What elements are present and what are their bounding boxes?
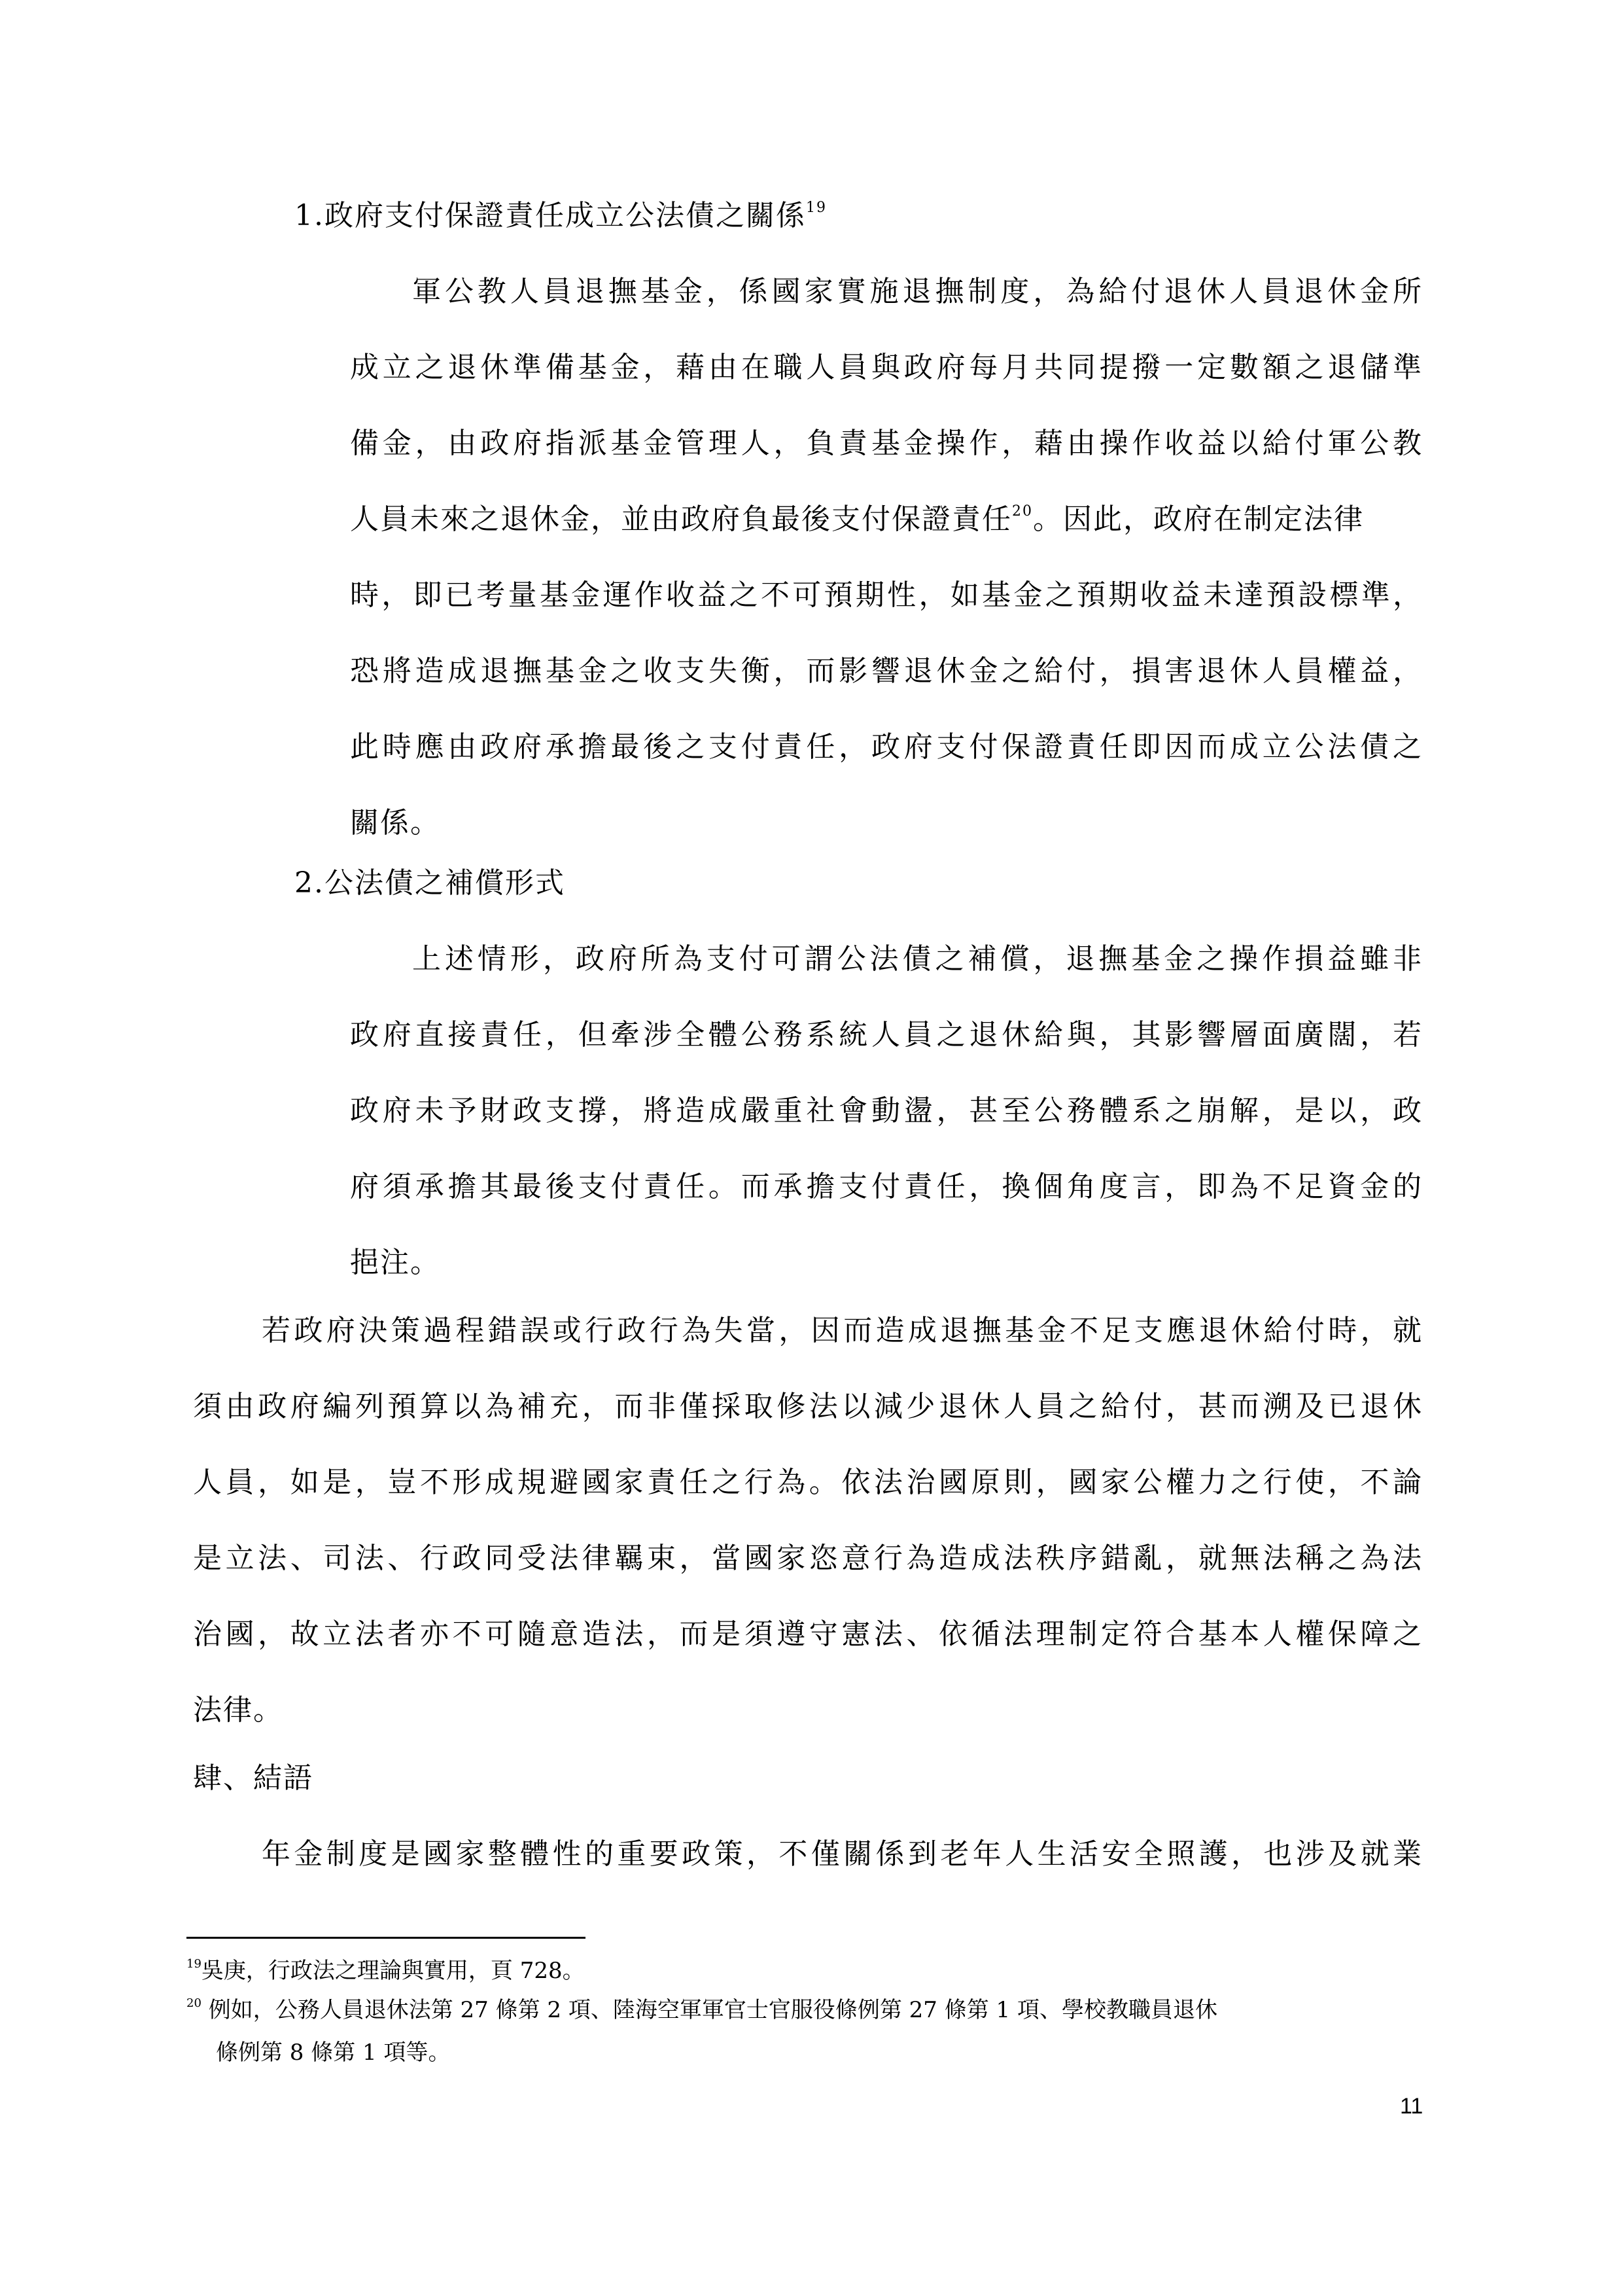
paragraph-line: 軍公教人員退撫基金，係國家實施退撫制度，為給付退休人員退休金所 <box>412 272 1423 311</box>
footnote-20: 20 例如，公務人員退休法第 27 條第 2 項、陸海空軍軍官士官服役條例第 2… <box>186 1996 1217 2024</box>
line-text: 。因此，政府在制定法律 <box>1033 503 1364 536</box>
paragraph-line: 法律。 <box>193 1691 283 1730</box>
paragraph-line: 上述情形，政府所為支付可謂公法債之補償，退撫基金之操作損益雖非 <box>412 940 1423 979</box>
page-number: 11 <box>1400 2094 1423 2119</box>
paragraph-line: 政府未予財政支撐，將造成嚴重社會動盪，甚至公務體系之崩解，是以，政 <box>350 1091 1423 1131</box>
section-heading-conclusion: 肆、結語 <box>193 1759 313 1798</box>
footnote-ref-20[interactable]: 20 <box>1012 503 1033 520</box>
paragraph-line: 備金，由政府指派基金管理人，負責基金操作，藉由操作收益以給付軍公教 <box>350 424 1423 463</box>
footnote-20-continuation: 條例第 8 條第 1 項等。 <box>216 2038 451 2067</box>
paragraph-line: 治國，故立法者亦不可隨意造法，而是須遵守憲法、依循法理制定符合基本人權保障之 <box>193 1615 1423 1654</box>
paragraph-line: 須由政府編列預算以為補充，而非僅採取修法以減少退休人員之給付，甚而溯及已退休 <box>193 1387 1423 1426</box>
footnote-text: 例如，公務人員退休法第 27 條第 2 項、陸海空軍軍官士官服役條例第 27 條… <box>201 1997 1217 2023</box>
paragraph-line: 此時應由政府承擔最後之支付責任，政府支付保證責任即因而成立公法債之 <box>350 728 1423 767</box>
paragraph-line: 成立之退休準備基金，藉由在職人員與政府每月共同提撥一定數額之退儲準 <box>350 348 1423 387</box>
paragraph-line: 若政府決策過程錯誤或行政行為失當，因而造成退撫基金不足支應退休給付時，就 <box>262 1311 1423 1351</box>
footnote-separator <box>186 1937 585 1939</box>
line-text: 人員未來之退休金，並由政府負最後支付保證責任 <box>350 503 1012 536</box>
footnote-number: 19 <box>186 1957 201 1971</box>
paragraph-line: 政府直接責任，但牽涉全體公務系統人員之退休給與，其影響層面廣闊，若 <box>350 1016 1423 1055</box>
paragraph-line: 人員，如是，豈不形成規避國家責任之行為。依法治國原則，國家公權力之行使，不論 <box>193 1463 1423 1502</box>
paragraph-line: 關係。 <box>350 804 440 843</box>
subsection-heading-2: 2.公法債之補償形式 <box>294 864 565 903</box>
paragraph-line: 是立法、司法、行政同受法律羈束，當國家恣意行為造成法秩序錯亂，就無法稱之為法 <box>193 1539 1423 1578</box>
heading-text: 1.政府支付保證責任成立公法債之關係 <box>294 199 806 232</box>
paragraph-line: 府須承擔其最後支付責任。而承擔支付責任，換個角度言，即為不足資金的 <box>350 1167 1423 1207</box>
footnote-text: 吳庚，行政法之理論與實用，頁 728。 <box>201 1958 585 1984</box>
footnote-19: 19吳庚，行政法之理論與實用，頁 728。 <box>186 1956 585 1985</box>
footnote-ref-19[interactable]: 19 <box>806 200 827 216</box>
paragraph-line: 時，即已考量基金運作收益之不可預期性，如基金之預期收益未達預設標準， <box>350 576 1423 615</box>
paragraph-line: 挹注。 <box>350 1243 440 1282</box>
paragraph-line: 人員未來之退休金，並由政府負最後支付保證責任20。因此，政府在制定法律 <box>350 500 1423 539</box>
paragraph-line: 年金制度是國家整體性的重要政策，不僅關係到老年人生活安全照護，也涉及就業 <box>262 1835 1423 1874</box>
paragraph-line: 恐將造成退撫基金之收支失衡，而影響退休金之給付，損害退休人員權益， <box>350 652 1423 691</box>
footnote-number: 20 <box>186 1996 201 2010</box>
document-page: 1.政府支付保證責任成立公法債之關係19 軍公教人員退撫基金，係國家實施退撫制度… <box>0 0 1623 2296</box>
subsection-heading-1: 1.政府支付保證責任成立公法債之關係19 <box>294 196 827 236</box>
